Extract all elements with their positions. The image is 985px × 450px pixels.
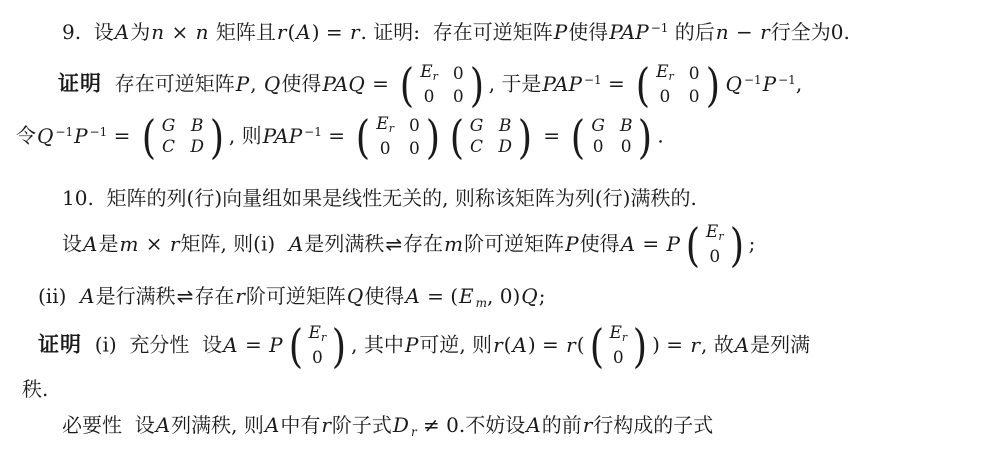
matrix-entry: E <box>706 222 718 242</box>
problem-10-part-i: 设A是m × r矩阵, 则(i) A是列满秩⇌存在m阶可逆矩阵P使得A = P(… <box>62 222 985 268</box>
text-run: 阶可逆矩阵 <box>464 232 564 256</box>
math-variable: PAP <box>262 124 304 148</box>
text-run: 存在 <box>194 284 234 308</box>
matrix-cell: 0 <box>613 348 624 369</box>
proof-label: 证明 <box>38 334 82 357</box>
text-run: 行全为0. <box>771 20 850 44</box>
matrix: (GB00) <box>569 114 654 160</box>
proof-10-necessity: 必要性 设A列满秩, 则A中有r阶子式Dr ≠ 0.不妨设A的前r行构成的子式 <box>62 409 985 448</box>
matrix-entry: 0 <box>689 87 700 107</box>
text-run: = <box>602 72 631 96</box>
matrix-entry: E <box>656 62 668 82</box>
text-run: 行构成的子式 <box>593 413 713 437</box>
left-paren-icon: ( <box>686 222 700 268</box>
math-variable: A <box>295 20 311 44</box>
matrix-entry: 0 <box>424 87 435 107</box>
math-variable: A <box>82 232 98 256</box>
text-run: 9. 设 <box>62 20 114 44</box>
matrix-cell: 0 <box>593 137 604 158</box>
left-paren-icon: ( <box>142 114 156 160</box>
math-variable: n <box>715 20 730 44</box>
math-variable: Q <box>725 72 743 96</box>
right-paren-icon: ) <box>633 323 647 369</box>
math-variable: P <box>762 72 777 96</box>
text-run: , <box>796 72 802 96</box>
matrix-entry-subscript: r <box>389 122 394 135</box>
matrix-cells: Er000 <box>416 62 468 108</box>
math-variable: r <box>234 284 246 308</box>
matrix-cell: C <box>470 137 483 158</box>
matrix-cells: Er0 <box>305 323 331 369</box>
matrix-cell: G <box>470 116 484 137</box>
math-variable: A <box>79 284 95 308</box>
matrix-cell: 0 <box>380 139 391 160</box>
matrix-cells: Er000 <box>372 114 424 160</box>
matrix-cells: GBCD <box>158 116 208 158</box>
text-content: 9. 设A为n × n 矩阵且r(A) = r. 证明: 存在可逆矩阵P使得PA… <box>0 12 985 448</box>
matrix-entry: 0 <box>689 64 700 84</box>
matrix-entry: E <box>420 62 432 82</box>
matrix-entry: B <box>499 116 512 136</box>
matrix-cell: G <box>162 116 176 137</box>
left-paren-icon: ( <box>400 62 414 108</box>
problem-10-part-ii: (ii) A是行满秩⇌存在r阶可逆矩阵Q使得A = (Em, 0)Q; <box>38 280 985 319</box>
text-run: ( <box>577 333 585 357</box>
text-run: 矩阵, 则(i) <box>180 232 287 256</box>
math-variable: A <box>264 413 280 437</box>
math-variable: A <box>511 333 527 357</box>
text-run: 设 <box>62 232 82 256</box>
superscript: −1 <box>90 125 108 139</box>
math-variable: n <box>195 20 210 44</box>
math-variable: Q <box>346 284 364 308</box>
text-run: 使得 <box>568 20 608 44</box>
matrix-cell: 0 <box>660 87 671 108</box>
matrix-entry: 0 <box>409 139 420 159</box>
text-run: − <box>730 20 759 44</box>
matrix-cell: D <box>190 137 204 158</box>
text-run: = ( <box>421 284 458 308</box>
text-run: ; <box>749 232 756 256</box>
proof-label: 证明 <box>58 73 102 96</box>
math-variable: Q <box>520 284 538 308</box>
math-variable: A <box>734 333 750 357</box>
matrix-entry: D <box>190 137 204 157</box>
text-run: . 证明: 存在可逆矩阵 <box>361 20 553 44</box>
matrix-entry-subscript: r <box>622 331 627 344</box>
text-run: × <box>139 232 168 256</box>
text-run: 必要性 设 <box>62 413 155 437</box>
matrix-cell: B <box>620 116 633 137</box>
proof-10-sufficiency: 证明 (i) 充分性 设A = P(Er0), 其中P可逆, 则r(A) = r… <box>38 323 985 369</box>
math-variable: m <box>118 232 139 256</box>
text-run: . <box>657 124 663 148</box>
math-variable: r <box>276 20 288 44</box>
text-run: = <box>537 124 566 148</box>
text-run: 列满秩, 则 <box>171 413 264 437</box>
text-run: = <box>366 72 395 96</box>
superscript: −1 <box>55 125 73 139</box>
matrix-cell: Er <box>656 62 674 87</box>
text-run: 10. 矩阵的列(行)向量组如果是线性无关的, 则称该矩阵为列(行)满秩的. <box>62 186 697 210</box>
matrix: (Er0) <box>287 323 349 369</box>
matrix-entry: 0 <box>660 87 671 107</box>
matrix-entry: B <box>620 116 633 136</box>
proof-9-line-1: 证明 存在可逆矩阵P, Q使得PAQ = (Er000), 于是PAP−1 = … <box>58 62 985 108</box>
math-variable: P <box>404 333 419 357</box>
left-paren-icon: ( <box>636 62 650 108</box>
math-variable: P <box>553 20 568 44</box>
matrix-entry: G <box>470 116 484 136</box>
matrix-entry: 0 <box>621 137 632 157</box>
matrix-cell: 0 <box>312 348 323 369</box>
matrix-cell: 0 <box>409 139 420 160</box>
matrix-entry: E <box>376 114 388 134</box>
left-paren-icon: ( <box>450 114 464 160</box>
text-run: ) = <box>652 333 689 357</box>
text-run: 可逆, 则 <box>419 333 492 357</box>
text-run: 阶子式 <box>332 413 392 437</box>
matrix-cells: Er000 <box>652 62 704 108</box>
math-variable: Q <box>36 124 54 148</box>
text-run: 是列满秩 <box>304 232 384 256</box>
math-variable: A <box>620 232 636 256</box>
math-variable: PAQ <box>321 72 365 96</box>
math-variable: r <box>169 232 181 256</box>
right-paren-icon: ) <box>210 114 224 160</box>
text-run: , 0) <box>487 284 520 308</box>
text-run: 的前 <box>542 413 582 437</box>
matrix-entry: D <box>498 137 512 157</box>
matrix: (GBCD) <box>140 114 226 160</box>
math-variable: r <box>759 20 771 44</box>
matrix-cell: 0 <box>689 87 700 108</box>
text-run: (ii) <box>38 284 79 308</box>
matrix-cell: 0 <box>689 64 700 85</box>
text-run: ) = <box>312 20 349 44</box>
math-variable: A <box>525 413 541 437</box>
math-variable: D <box>392 413 410 437</box>
text-run: 使得 <box>580 232 620 256</box>
text-run: 秩. <box>22 377 48 401</box>
math-variable: A <box>404 284 420 308</box>
text-run: ≠ 0.不妨设 <box>417 413 526 437</box>
right-paren-icon: ) <box>518 114 532 160</box>
problem-10-statement: 10. 矩阵的列(行)向量组如果是线性无关的, 则称该矩阵为列(行)满秩的. <box>62 182 985 214</box>
matrix-entry: B <box>191 116 204 136</box>
matrix-entry: 0 <box>409 116 420 136</box>
matrix-cell: Er <box>376 114 394 139</box>
superscript: −1 <box>584 73 602 87</box>
text-run: 中有 <box>280 413 320 437</box>
math-variable: r <box>492 333 504 357</box>
document-page: 9. 设A为n × n 矩阵且r(A) = r. 证明: 存在可逆矩阵P使得PA… <box>0 0 985 450</box>
text-run: ) = <box>528 333 565 357</box>
matrix-entry: 0 <box>613 348 624 368</box>
math-variable: r <box>349 20 361 44</box>
math-variable: m <box>443 232 464 256</box>
left-paren-icon: ( <box>589 323 603 369</box>
math-variable: A <box>114 20 130 44</box>
math-variable: E <box>458 284 475 308</box>
matrix: (Er0) <box>588 323 650 369</box>
matrix-entry-subscript: r <box>321 331 326 344</box>
matrix-entry: 0 <box>312 348 323 368</box>
math-variable: r <box>320 413 332 437</box>
text-run: 是 <box>98 232 118 256</box>
text-run: 是行满秩 <box>96 284 176 308</box>
matrix-entry: E <box>610 323 622 343</box>
matrix-cell: D <box>498 137 512 158</box>
matrix-cell: 0 <box>621 137 632 158</box>
matrix-cell: Er <box>610 323 628 348</box>
matrix: (Er000) <box>354 114 441 160</box>
text-run: , <box>250 72 263 96</box>
text-run: (i) 充分性 设 <box>82 333 222 357</box>
superscript: −1 <box>651 21 669 35</box>
math-variable: n <box>150 20 165 44</box>
math-variable: A <box>288 232 304 256</box>
text-run: 令 <box>16 124 36 148</box>
left-paren-icon: ( <box>288 323 302 369</box>
matrix-entry: 0 <box>453 64 464 84</box>
math-variable: r <box>582 413 594 437</box>
text-run: = <box>636 232 665 256</box>
text-run: 为 <box>130 20 150 44</box>
text-run: × <box>165 20 194 44</box>
math-variable: A <box>155 413 171 437</box>
text-run: 的后 <box>668 20 714 44</box>
iff-harpoon-symbol: ⇌ <box>384 232 403 256</box>
text-run: ; <box>539 284 546 308</box>
right-paren-icon: ) <box>705 62 719 108</box>
matrix-cells: GBCD <box>466 116 516 158</box>
text-run: 矩阵且 <box>210 20 276 44</box>
matrix-entry: 0 <box>709 247 720 267</box>
matrix-cell: 0 <box>409 116 420 137</box>
right-paren-icon: ) <box>426 114 440 160</box>
matrix-cells: Er0 <box>606 323 632 369</box>
matrix-cell: B <box>499 116 512 137</box>
matrix-cell: C <box>162 137 175 158</box>
right-paren-icon: ) <box>332 323 346 369</box>
matrix-entry: 0 <box>453 87 464 107</box>
text-run: , 于是 <box>489 72 542 96</box>
text-run: , 故 <box>701 333 734 357</box>
text-run: = <box>107 124 136 148</box>
math-variable: P <box>564 232 579 256</box>
matrix-entry: C <box>470 137 483 157</box>
text-run: 阶可逆矩阵 <box>246 284 346 308</box>
matrix-cell: 0 <box>453 64 464 85</box>
iff-harpoon-symbol: ⇌ <box>176 284 195 308</box>
math-variable: r <box>689 333 701 357</box>
math-variable: P <box>235 72 250 96</box>
math-variable: P <box>666 232 681 256</box>
matrix-cell: B <box>191 116 204 137</box>
proof-10-continuation: 秩. <box>22 373 985 405</box>
matrix-cell: 0 <box>453 87 464 108</box>
text-run: 使得 <box>364 284 404 308</box>
matrix-entry-subscript: r <box>433 70 438 83</box>
matrix-cells: GB00 <box>587 116 636 158</box>
matrix-entry: E <box>309 323 321 343</box>
right-paren-icon: ) <box>470 62 484 108</box>
text-run: = <box>322 124 351 148</box>
matrix-entry: 0 <box>380 139 391 159</box>
matrix-cell: G <box>591 116 605 137</box>
matrix-entry: G <box>162 116 176 136</box>
superscript: −1 <box>778 73 796 87</box>
text-run: 是列满 <box>750 333 810 357</box>
text-run: 使得 <box>281 72 321 96</box>
text-run: , 其中 <box>351 333 404 357</box>
right-paren-icon: ) <box>729 222 743 268</box>
matrix: (Er000) <box>398 62 485 108</box>
math-variable: P <box>268 333 283 357</box>
matrix-entry-subscript: r <box>718 230 723 243</box>
matrix-cells: Er0 <box>702 222 728 268</box>
matrix-entry: G <box>591 116 605 136</box>
math-variable: PAP <box>541 72 583 96</box>
right-paren-icon: ) <box>638 114 652 160</box>
matrix-entry-subscript: r <box>669 70 674 83</box>
matrix-cell: Er <box>706 222 724 247</box>
matrix-cell: Er <box>420 62 438 87</box>
matrix-entry: 0 <box>593 137 604 157</box>
matrix-cell: 0 <box>424 87 435 108</box>
matrix-cell: Er <box>309 323 327 348</box>
math-variable: PAP <box>608 20 650 44</box>
matrix: (Er000) <box>634 62 721 108</box>
left-paren-icon: ( <box>356 114 370 160</box>
math-variable: Q <box>263 72 281 96</box>
matrix: (Er0) <box>684 222 746 268</box>
text-run: , 则 <box>229 124 262 148</box>
superscript: −1 <box>744 73 762 87</box>
subscript: m <box>476 296 487 310</box>
proof-9-line-2: 令Q−1P−1 = (GBCD), 则PAP−1 = (Er000)(GBCD)… <box>16 114 985 160</box>
matrix-entry: C <box>162 137 175 157</box>
math-variable: A <box>222 333 238 357</box>
text-run: = <box>239 333 268 357</box>
left-paren-icon: ( <box>571 114 585 160</box>
problem-9-statement: 9. 设A为n × n 矩阵且r(A) = r. 证明: 存在可逆矩阵P使得PA… <box>62 12 985 48</box>
math-variable: P <box>73 124 88 148</box>
math-variable: r <box>565 333 577 357</box>
matrix: (GBCD) <box>448 114 534 160</box>
superscript: −1 <box>304 125 322 139</box>
text-run: 存在 <box>403 232 443 256</box>
text-run: 存在可逆矩阵 <box>102 72 235 96</box>
matrix-cell: 0 <box>709 247 720 268</box>
